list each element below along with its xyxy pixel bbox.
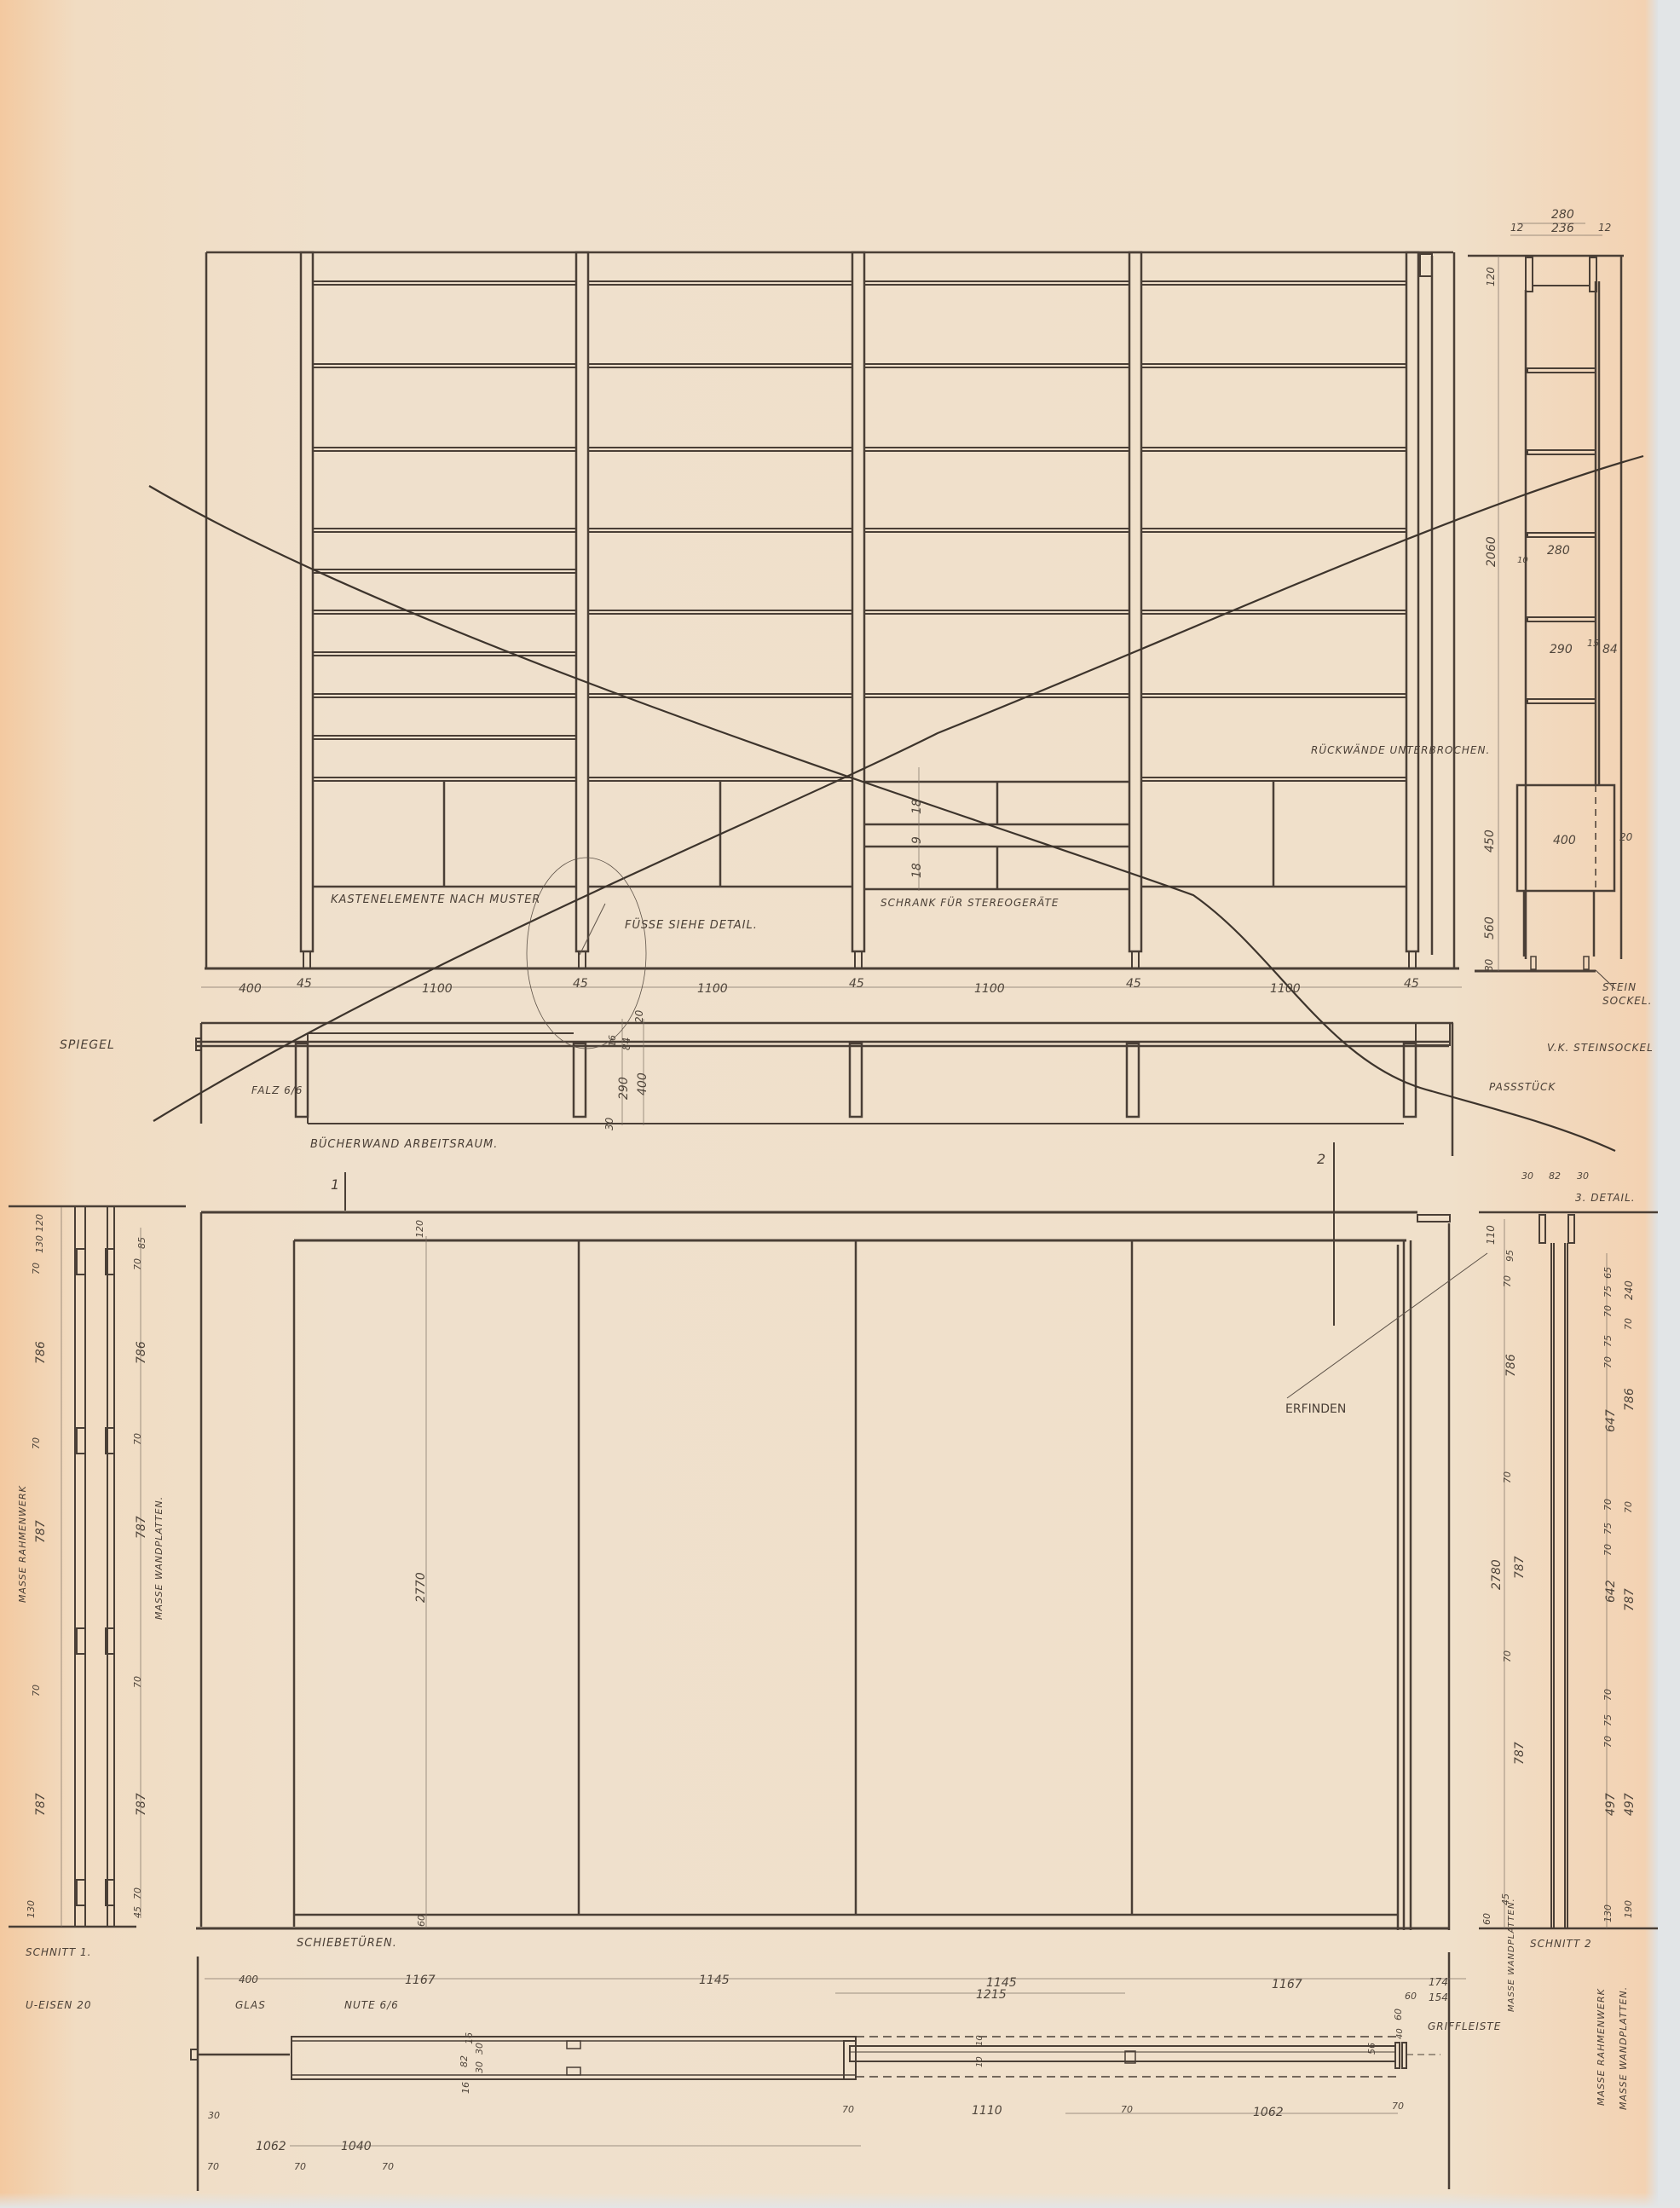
- dim-pd-profile-3: 30: [474, 2061, 485, 2073]
- drawing-sheet: KASTENELEMENTE NACH MUSTER FÜSSE SIEHE D…: [0, 0, 1680, 2208]
- label-passstueck: PASSSTÜCK: [1489, 1081, 1556, 1093]
- dim-pd-profile-2: 30: [474, 2043, 485, 2055]
- dim-pd-top-1: 1167: [405, 1974, 436, 1987]
- section-2: [1479, 1215, 1662, 1928]
- dim-side-lower-height: 560: [1483, 916, 1497, 939]
- dim-stereo-0: 18: [910, 799, 924, 814]
- dim-pd-profile-4: 16: [460, 2082, 471, 2094]
- dim-s2-c-6: 190: [1623, 1900, 1634, 1918]
- dim-plan-4: 400: [636, 1072, 649, 1095]
- dim-pd-b2-1: 70: [207, 2161, 219, 2172]
- dim-pd-top-4: 1167: [1272, 1978, 1302, 1991]
- dim-bay-5: 45: [849, 977, 864, 991]
- dim-pd-b2-2: 1062: [256, 2140, 286, 2153]
- scan-bottom-edge: [0, 2193, 1680, 2208]
- dim-bay-8: 1100: [1270, 982, 1301, 996]
- dim-s2-b-0: 65: [1602, 1267, 1614, 1279]
- dim-s1-right-2: 786: [135, 1341, 148, 1364]
- label-nute: NUTE 6/6: [344, 1999, 399, 2011]
- label-detail-3: 3. DETAIL.: [1575, 1192, 1636, 1204]
- dim-plan-0: 20: [633, 1010, 645, 1023]
- dim-side-part-1: 84: [1602, 643, 1618, 656]
- dim-s1-right-5: 70: [132, 1676, 143, 1688]
- dim-bay-2: 1100: [422, 982, 453, 996]
- dim-pd-b1-3: 1062: [1253, 2106, 1284, 2119]
- dim-s1-right-3: 70: [132, 1433, 143, 1445]
- dim-bay-4: 1100: [697, 982, 728, 996]
- dim-pd-top2-2: 154: [1429, 1991, 1448, 2003]
- dim-s2-a-8: 45: [1500, 1893, 1511, 1905]
- dim-s2-c-0: 240: [1623, 1280, 1635, 1300]
- dim-side-shelf-depth-2: 290: [1550, 643, 1573, 656]
- dim-side-top-1: 236: [1551, 222, 1574, 235]
- dim-plan-2: 84: [621, 1038, 632, 1050]
- dim-pd-top-2: 1145: [699, 1974, 730, 1987]
- crossout-line-1: [149, 486, 1615, 1151]
- dim-stereo-1: 9: [910, 836, 924, 844]
- dim-pd-b2-3: 70: [294, 2161, 306, 2172]
- dim-s1-left-4: 70: [31, 1437, 42, 1449]
- dim-side-plinth: 80: [1483, 959, 1495, 972]
- dim-pd-profile-7: 60: [1393, 2009, 1404, 2020]
- dim-s1-left-8: 130: [26, 1900, 37, 1918]
- dim-s2-b-11: 75: [1602, 1714, 1614, 1726]
- dim-side-part-0: 15: [1587, 638, 1599, 649]
- dim-bay-6: 1100: [974, 982, 1005, 996]
- dim-s2-b-7: 75: [1602, 1523, 1614, 1535]
- dim-side-cabinet-gap: 20: [1619, 831, 1632, 843]
- dim-side-shelf-small: 10: [1517, 556, 1528, 565]
- label-masse-wandplatten-2: MASSE WANDPLATTEN.: [1507, 1944, 1516, 2012]
- dim-s2-c-4: 787: [1623, 1588, 1637, 1611]
- label-fusse-detail: FÜSSE SIEHE DETAIL.: [625, 919, 758, 932]
- dim-pd-b2-5: 70: [382, 2161, 394, 2172]
- dim-s2-c-5: 497: [1623, 1793, 1637, 1816]
- dim-s2-a-6: 70: [1502, 1650, 1513, 1662]
- dim-side-top-2: 12: [1598, 222, 1611, 234]
- dim-s2-c-2: 786: [1623, 1388, 1637, 1411]
- dim-door-bottom: 60: [416, 1915, 427, 1927]
- label-schnitt-2: SCHNITT 2: [1530, 1938, 1592, 1950]
- dim-s1-right-7: 70: [132, 1887, 143, 1899]
- label-vk-steinsockel: V.K. STEINSOCKEL: [1547, 1042, 1654, 1054]
- label-spiegel: SPIEGEL: [60, 1038, 115, 1052]
- dim-pd-b1-0: 70: [842, 2104, 854, 2115]
- label-rueckwaende: RÜCKWÄNDE UNTERBROCHEN.: [1311, 744, 1490, 756]
- dim-bay-1: 45: [297, 977, 312, 991]
- label-masse-rahmenwerk-1: MASSE RAHMENWERK: [17, 1485, 28, 1603]
- dim-side-top-0: 12: [1510, 222, 1523, 234]
- label-u-eisen: U-EISEN 20: [26, 1999, 92, 2011]
- dim-pd-top-0: 400: [239, 1974, 258, 1985]
- dim-s2-b-2: 70: [1602, 1305, 1614, 1317]
- dim-s2-a-7: 787: [1513, 1742, 1527, 1765]
- dim-pd-profile-5: 10: [975, 2035, 984, 2046]
- dim-pd-b1-4: 70: [1392, 2101, 1404, 2112]
- dim-pd-b2-0: 30: [208, 2110, 220, 2121]
- dim-side-shelf-zone: 2060: [1485, 536, 1498, 567]
- dim-side-shelf-depth-1: 280: [1547, 544, 1570, 558]
- dim-s2-b-8: 70: [1602, 1544, 1614, 1556]
- dim-s2-b-14: 130: [1602, 1905, 1614, 1922]
- dim-pd-top2-0: 1215: [976, 1988, 1007, 2002]
- dim-s1-left-1: 130: [34, 1235, 45, 1253]
- label-kastenelemente: KASTENELEMENTE NACH MUSTER: [331, 893, 540, 906]
- dim-s2-a-3: 786: [1504, 1354, 1518, 1377]
- dim-s2-a-2: 70: [1502, 1275, 1513, 1287]
- dim-bay-3: 45: [573, 977, 588, 991]
- dim-side-cabinet-height: 450: [1483, 829, 1497, 853]
- dim-s2-top-2: 30: [1577, 1170, 1589, 1182]
- label-glas: GLAS: [235, 1999, 266, 2011]
- crossout-line-2: [153, 456, 1643, 1121]
- dim-pd-profile-6: 10: [975, 2056, 984, 2067]
- label-masse-wandplatten-3: MASSE WANDPLATTEN.: [1618, 1986, 1629, 2110]
- scan-edge: [1658, 0, 1680, 2208]
- label-masse-rahmenwerk-2: MASSE RAHMENWERK: [1596, 1988, 1607, 2106]
- dim-s2-top-0: 30: [1521, 1170, 1533, 1182]
- dim-door-top: 120: [414, 1220, 425, 1238]
- dim-door-height: 2770: [414, 1572, 428, 1603]
- dim-s2-b-9: 642: [1604, 1580, 1618, 1603]
- dim-stereo-2: 18: [910, 863, 924, 878]
- dim-s2-b-6: 70: [1602, 1499, 1614, 1511]
- technical-drawing: [0, 0, 1680, 2208]
- dim-s1-left-0: 120: [34, 1214, 45, 1232]
- dim-s2-a-0: 110: [1485, 1225, 1497, 1245]
- dim-pd-top-5: 174: [1429, 1976, 1448, 1988]
- label-buecherwand-caption: BÜCHERWAND ARBEITSRAUM.: [310, 1138, 498, 1151]
- section-marker-1: 1: [331, 1176, 340, 1193]
- dim-s2-b-13: 497: [1604, 1793, 1618, 1816]
- dim-s2-a-9: 60: [1481, 1913, 1492, 1925]
- dim-s1-left-2: 70: [31, 1263, 42, 1275]
- dim-s2-b-5: 647: [1604, 1409, 1618, 1432]
- dim-s1-left-6: 70: [31, 1685, 42, 1696]
- dim-side-top-total: 280: [1551, 208, 1574, 222]
- dim-s2-b-10: 70: [1602, 1689, 1614, 1701]
- label-schnitt-1: SCHNITT 1.: [26, 1946, 91, 1958]
- dim-s2-b-12: 70: [1602, 1736, 1614, 1748]
- dim-pd-b1-1: 1110: [972, 2104, 1002, 2118]
- dim-s1-right-0: 85: [136, 1237, 147, 1249]
- dim-s2-a-1: 95: [1504, 1250, 1515, 1262]
- side-section-shelves: [1468, 256, 1624, 989]
- dim-plan-1: 16: [607, 1035, 618, 1047]
- dim-s2-a-5: 787: [1513, 1556, 1527, 1579]
- dim-s1-left-3: 786: [34, 1341, 48, 1364]
- label-falz: FALZ 6/6: [251, 1084, 303, 1096]
- plan-shelves: [196, 1023, 1453, 1156]
- dim-pd-profile-9: 56: [1366, 2043, 1377, 2055]
- dim-pd-b2-4: 1040: [341, 2140, 372, 2153]
- dim-s2-b-3: 75: [1602, 1335, 1614, 1347]
- dim-s2-c-1: 70: [1623, 1318, 1634, 1330]
- dim-side-top-height: 120: [1485, 267, 1497, 286]
- label-erfinden: ERFINDEN: [1285, 1402, 1346, 1416]
- label-schrank-stereo: SCHRANK FÜR STEREOGERÄTE: [880, 897, 1059, 909]
- dim-plan-3: 290: [617, 1077, 631, 1100]
- dim-s2-b-1: 75: [1602, 1286, 1614, 1298]
- dim-s1-right-6: 787: [135, 1793, 148, 1816]
- dim-bay-0: 400: [239, 982, 262, 996]
- dim-plan-5: 30: [603, 1118, 615, 1130]
- label-steinsockel: STEIN SOCKEL.: [1602, 980, 1654, 1008]
- plan-doors: [191, 1952, 1449, 2191]
- dim-s2-a-4: 70: [1502, 1471, 1513, 1483]
- label-masse-wandplatten-1: MASSE WANDPLATTEN.: [153, 1496, 165, 1620]
- dim-bay-7: 45: [1126, 977, 1141, 991]
- dim-s2-c-3: 70: [1623, 1501, 1634, 1513]
- dim-s1-left-5: 787: [34, 1520, 48, 1543]
- dim-s2-total: 2780: [1490, 1559, 1504, 1590]
- dim-pd-top2-1: 60: [1405, 1991, 1417, 2002]
- dim-bay-9: 45: [1404, 977, 1419, 991]
- dim-side-cabinet-depth: 400: [1553, 834, 1576, 847]
- dim-pd-profile-1: 82: [459, 2055, 470, 2067]
- elevation-shelves: [205, 252, 1459, 968]
- section-marker-2: 2: [1317, 1151, 1326, 1167]
- dim-s2-top-1: 82: [1549, 1170, 1561, 1182]
- dim-s1-right-4: 787: [135, 1516, 148, 1539]
- label-griffleiste: GRIFFLEISTE: [1428, 2020, 1501, 2032]
- dim-pd-b1-2: 70: [1121, 2104, 1133, 2115]
- dim-s1-left-7: 787: [34, 1793, 48, 1816]
- dim-pd-profile-8: 40: [1395, 2028, 1405, 2039]
- label-schiebetueren: SCHIEBETÜREN.: [297, 1937, 397, 1950]
- dim-s1-right-1: 70: [132, 1258, 143, 1270]
- dim-s2-b-4: 70: [1602, 1356, 1614, 1368]
- dim-s1-right-8: 45: [132, 1906, 143, 1918]
- elevation-doors: [196, 1142, 1671, 1930]
